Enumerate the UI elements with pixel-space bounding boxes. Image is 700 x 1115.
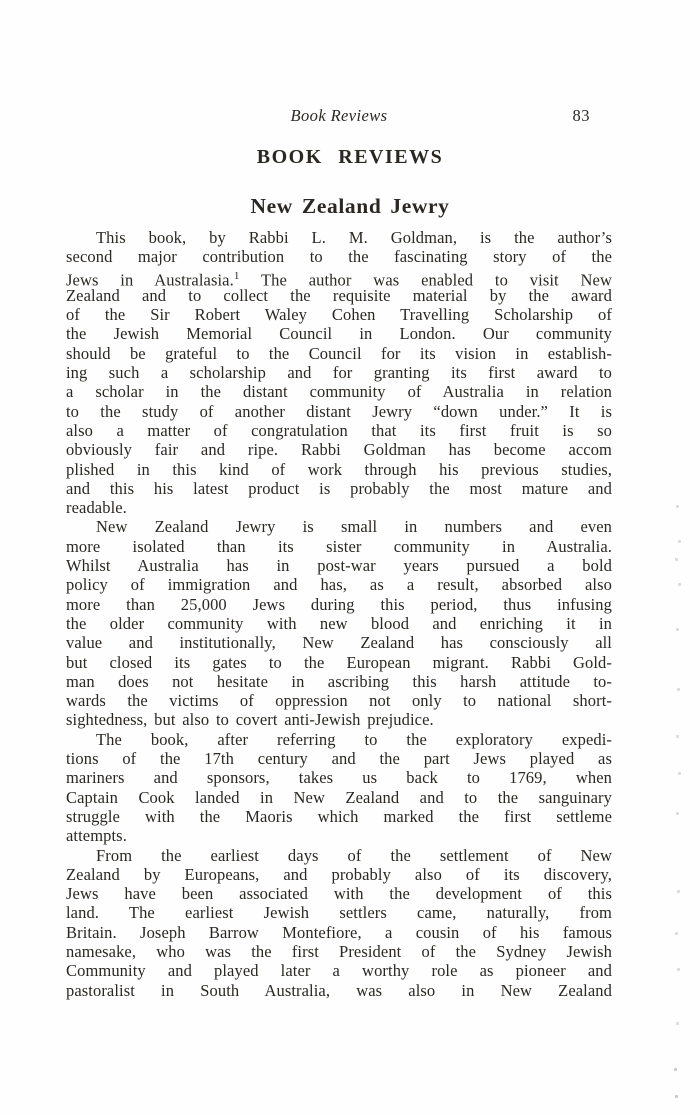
footnote-marker: 1 <box>234 270 240 282</box>
running-head-title: Book Reviews <box>66 106 612 126</box>
scan-speck <box>678 540 681 543</box>
text-line: but closed its gates to the European mig… <box>66 653 612 672</box>
text-line: readable. <box>66 498 612 517</box>
text-line: value and institutionally, New Zealand h… <box>66 633 612 652</box>
text-line: ing such a scholarship and for granting … <box>66 363 612 382</box>
text-line: attempts. <box>66 826 612 845</box>
text-line: pastoralist in South Australia, was also… <box>66 981 612 1000</box>
scan-speck <box>676 1022 679 1025</box>
text-line: man does not hesitate in ascribing this … <box>66 672 612 691</box>
text-line: mariners and sponsors, takes us back to … <box>66 768 612 787</box>
text-line: of the Sir Robert Waley Cohen Travelling… <box>66 305 612 324</box>
scan-speck <box>678 583 681 586</box>
text-line: This book, by Rabbi L. M. Goldman, is th… <box>66 228 612 247</box>
scan-speck <box>677 890 680 893</box>
section-title: BOOK REVIEWS <box>66 146 634 169</box>
text-line: Zealand by Europeans, and probably also … <box>66 865 612 884</box>
text-line: sightedness, but also to covert anti-Jew… <box>66 710 612 729</box>
text-line: and this his latest product is probably … <box>66 479 612 498</box>
text-line: land. The earliest Jewish settlers came,… <box>66 903 612 922</box>
text-line: a scholar in the distant community of Au… <box>66 382 612 401</box>
text-line: struggle with the Maoris which marked th… <box>66 807 612 826</box>
text-line: Jews have been associated with the devel… <box>66 884 612 903</box>
scan-speck <box>676 735 679 738</box>
text-line: obviously fair and ripe. Rabbi Goldman h… <box>66 440 612 459</box>
scan-speck <box>675 932 678 935</box>
scan-speck <box>674 1068 677 1071</box>
text-line: Britain. Joseph Barrow Montefiore, a cou… <box>66 923 612 942</box>
text-line: New Zealand Jewry is small in numbers an… <box>66 517 612 536</box>
text-line: tions of the 17th century and the part J… <box>66 749 612 768</box>
text-line: plished in this kind of work through his… <box>66 460 612 479</box>
text-line: should be grateful to the Council for it… <box>66 344 612 363</box>
text-line: The book, after referring to the explora… <box>66 730 612 749</box>
scan-speck <box>677 968 680 971</box>
scan-speck <box>678 772 681 775</box>
text-line: also a matter of congratulation that its… <box>66 421 612 440</box>
scan-speck <box>675 1095 678 1098</box>
scan-speck <box>676 628 679 631</box>
book-page: Book Reviews 83 BOOK REVIEWS New Zealand… <box>0 0 700 1115</box>
text-line: to the study of another distant Jewry “d… <box>66 402 612 421</box>
paragraph: The book, after referring to the explora… <box>66 730 612 846</box>
text-line: wards the victims of oppression not only… <box>66 691 612 710</box>
text-line: Whilst Australia has in post-war years p… <box>66 556 612 575</box>
paragraph: From the earliest days of the settlement… <box>66 846 612 1000</box>
text-line: second major contribution to the fascina… <box>66 247 612 266</box>
text-line: more than 25,000 Jews during this period… <box>66 595 612 614</box>
text-line: more isolated than its sister community … <box>66 537 612 556</box>
scan-speck <box>676 505 679 508</box>
text-line: Community and played later a worthy role… <box>66 961 612 980</box>
text-line: Captain Cook landed in New Zealand and t… <box>66 788 612 807</box>
text-line: policy of immigration and has, as a resu… <box>66 575 612 594</box>
paragraph: This book, by Rabbi L. M. Goldman, is th… <box>66 228 612 517</box>
paragraph: New Zealand Jewry is small in numbers an… <box>66 517 612 729</box>
text-line: namesake, who was the first President of… <box>66 942 612 961</box>
text-line: the Jewish Memorial Council in London. O… <box>66 324 612 343</box>
text-line: From the earliest days of the settlement… <box>66 846 612 865</box>
scan-speck <box>677 688 680 691</box>
text-line: the older community with new blood and e… <box>66 614 612 633</box>
page-number: 83 <box>573 106 591 126</box>
scan-speck <box>675 558 678 561</box>
scan-speck <box>676 812 679 815</box>
running-head: Book Reviews 83 <box>66 106 612 128</box>
text-line: Jews in Australasia.1 The author was ena… <box>66 267 612 286</box>
article-title: New Zealand Jewry <box>66 194 634 219</box>
text-line: Zealand and to collect the requisite mat… <box>66 286 612 305</box>
review-body-text: This book, by Rabbi L. M. Goldman, is th… <box>66 228 612 1000</box>
